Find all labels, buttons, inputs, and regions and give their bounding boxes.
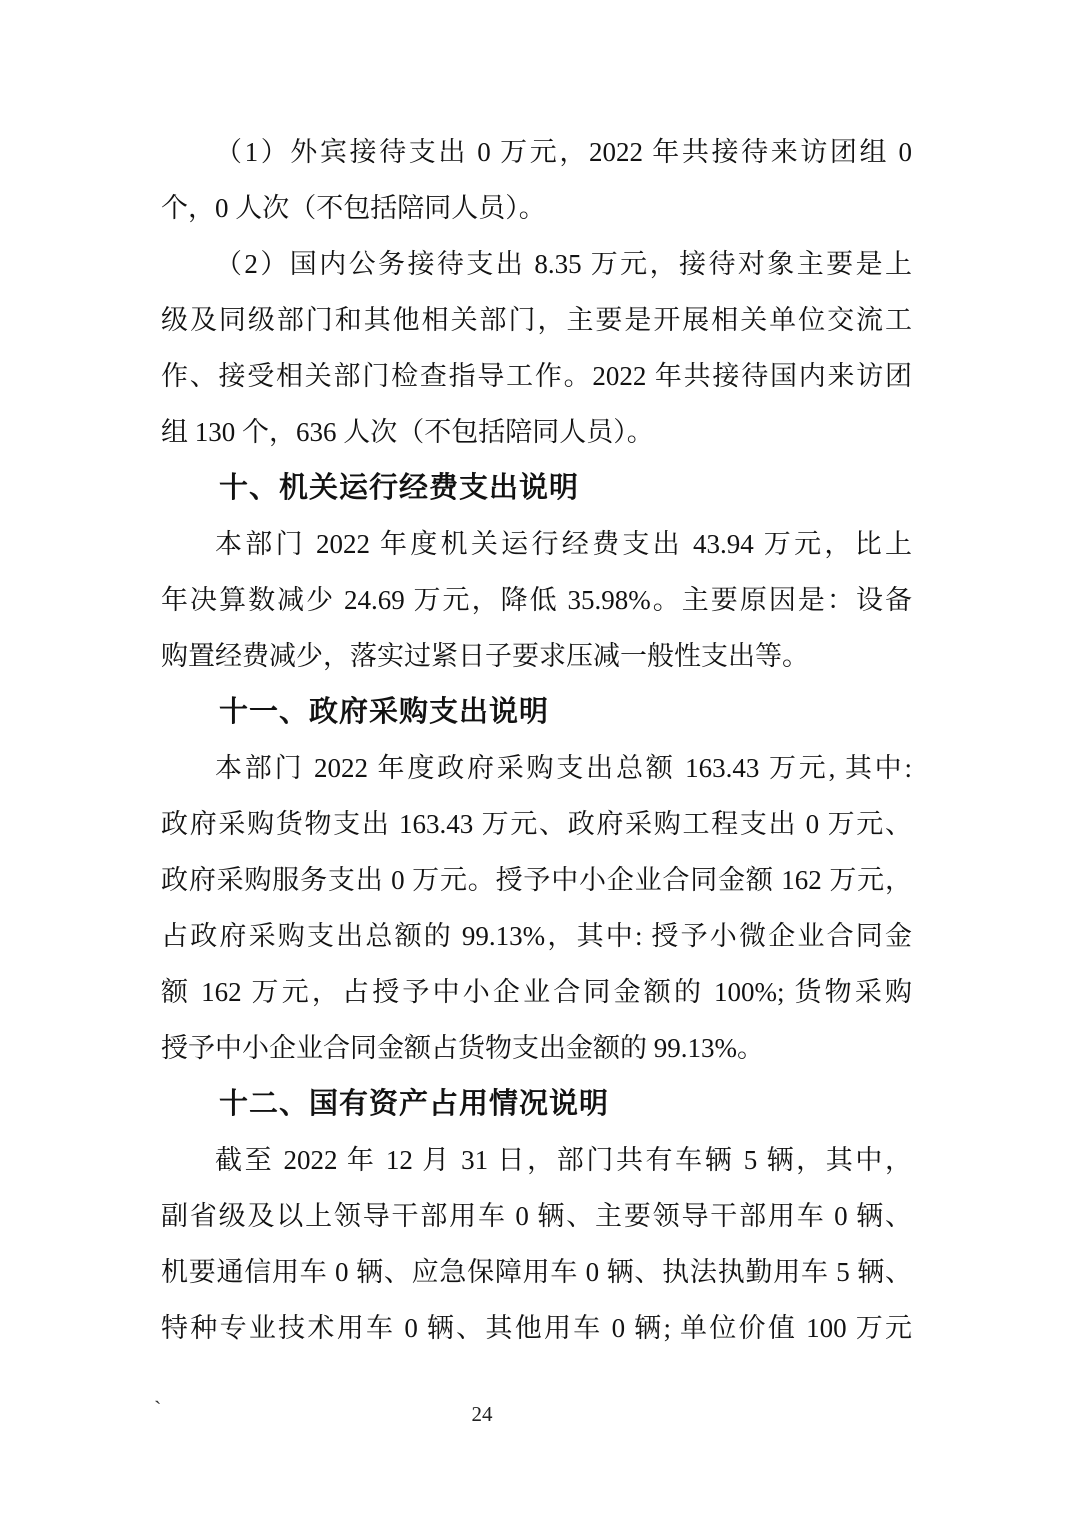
text-line: 额 162 万元，占授予中小企业合同金额的 100%; 货物采购	[161, 964, 912, 1020]
document-body: （1）外宾接待支出 0 万元，2022 年共接待来访团组 0 个，0 人次（不包…	[161, 124, 912, 1356]
document-page: （1）外宾接待支出 0 万元，2022 年共接待来访团组 0 个，0 人次（不包…	[0, 0, 1074, 1520]
text-line: 政府采购服务支出 0 万元。授予中小企业合同金额 162 万元，	[161, 852, 912, 908]
section-heading: 十、机关运行经费支出说明	[161, 460, 912, 516]
text-line: 本部门 2022 年度机关运行经费支出 43.94 万元，比上	[161, 516, 912, 572]
section-heading: 十二、国有资产占用情况说明	[161, 1076, 912, 1132]
text-line: 级及同级部门和其他相关部门，主要是开展相关单位交流工	[161, 292, 912, 348]
text-line: 个，0 人次（不包括陪同人员）。	[161, 180, 912, 236]
text-line: 副省级及以上领导干部用车 0 辆、主要领导干部用车 0 辆、	[161, 1188, 912, 1244]
stray-footer-mark: `	[154, 1396, 161, 1422]
text-line: 购置经费减少，落实过紧日子要求压减一般性支出等。	[161, 628, 912, 684]
text-line: （1）外宾接待支出 0 万元，2022 年共接待来访团组 0	[161, 124, 912, 180]
text-line: 作、接受相关部门检查指导工作。2022 年共接待国内来访团	[161, 348, 912, 404]
text-line: 政府采购货物支出 163.43 万元、政府采购工程支出 0 万元、	[161, 796, 912, 852]
text-line: 年决算数减少 24.69 万元，降低 35.98%。主要原因是：设备	[161, 572, 912, 628]
text-line: 截至 2022 年 12 月 31 日，部门共有车辆 5 辆，其中，	[161, 1132, 912, 1188]
text-line: 授予中小企业合同金额占货物支出金额的 99.13%。	[161, 1020, 912, 1076]
text-line: （2）国内公务接待支出 8.35 万元，接待对象主要是上	[161, 236, 912, 292]
section-heading: 十一、政府采购支出说明	[161, 684, 912, 740]
text-line: 占政府采购支出总额的 99.13%，其中: 授予小微企业合同金	[161, 908, 912, 964]
text-line: 组 130 个，636 人次（不包括陪同人员）。	[161, 404, 912, 460]
text-line: 特种专业技术用车 0 辆、其他用车 0 辆; 单位价值 100 万元	[161, 1300, 912, 1356]
text-line: 本部门 2022 年度政府采购支出总额 163.43 万元, 其中:	[161, 740, 912, 796]
text-line: 机要通信用车 0 辆、应急保障用车 0 辆、执法执勤用车 5 辆、	[161, 1244, 912, 1300]
page-number: 24	[442, 1402, 522, 1427]
